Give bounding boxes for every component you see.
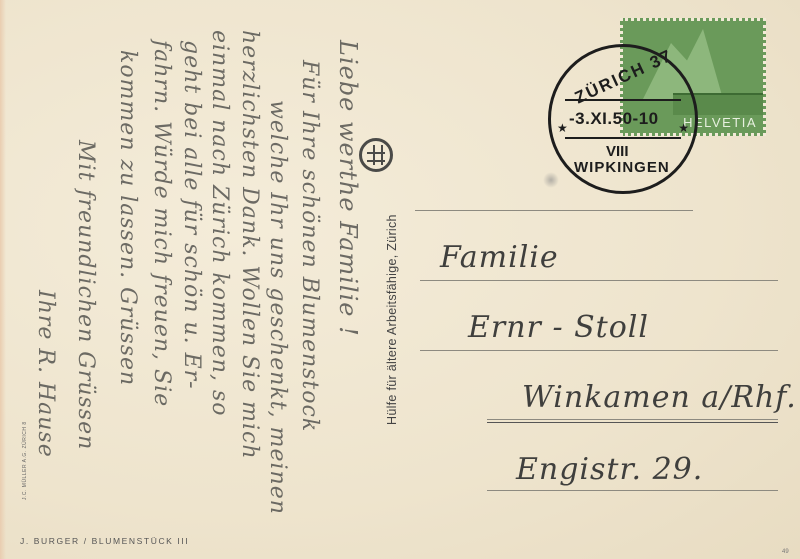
postmark-divider [565, 137, 681, 139]
charity-logo-icon [359, 138, 393, 172]
postmark-date: -3.XI.50-10 [569, 109, 659, 129]
message-line: kommen zu lassen. Grüssen [115, 50, 140, 386]
message-line: einmal nach Zürich kommen, so [207, 30, 232, 417]
message-line: Liebe werthe Familie ! [334, 40, 362, 337]
postcard-back: Liebe werthe Familie ! Für Ihre schönen … [0, 0, 800, 559]
ink-smudge [543, 172, 559, 188]
charity-text: Hülfe für ältere Arbeitsfähige, Zürich [385, 214, 399, 425]
card-edge [0, 0, 6, 559]
artist-credit: J. BURGER / BLUMENSTÜCK III [20, 536, 189, 546]
address-line-3: Winkamen a/Rhf. [522, 380, 797, 415]
message-line: geht bei alle für schön u. Er- [179, 40, 204, 390]
message-line: fahrn. Würde mich freuen, Sie [149, 40, 174, 407]
address-rule-underlined [487, 419, 778, 420]
message-line: Für Ihre schönen Blumenstock [297, 60, 322, 432]
message-line: herzlichsten Dank. Wollen Sie mich [237, 30, 262, 460]
message-line: Mit freundlichen Grüssen [73, 140, 98, 450]
address-rule [420, 280, 778, 281]
postmark: ZÜRICH 37 -3.XI.50-10 VIII WIPKINGEN ★ ★ [548, 44, 698, 194]
postmark-district: WIPKINGEN [574, 159, 670, 176]
signature: Ihre R. Hause [33, 290, 58, 458]
star-icon: ★ [678, 121, 689, 135]
message-line: welche Ihr uns geschenkt, meinen [265, 100, 290, 515]
address-rule [487, 490, 778, 491]
address-line-2: Ernr - Stoll [468, 310, 649, 345]
address-line-1: Familie [440, 240, 559, 275]
printer-credit: J.C. MÜLLER A.G. ZÜRICH 8 [22, 421, 28, 500]
address-line-4: Engistr. 29. [516, 452, 703, 487]
postmark-divider [565, 99, 681, 101]
postmark-office: VIII [606, 143, 629, 160]
address-rule [415, 210, 693, 211]
card-number: 49 [782, 549, 789, 555]
star-icon: ★ [557, 121, 568, 135]
address-rule [420, 350, 778, 351]
